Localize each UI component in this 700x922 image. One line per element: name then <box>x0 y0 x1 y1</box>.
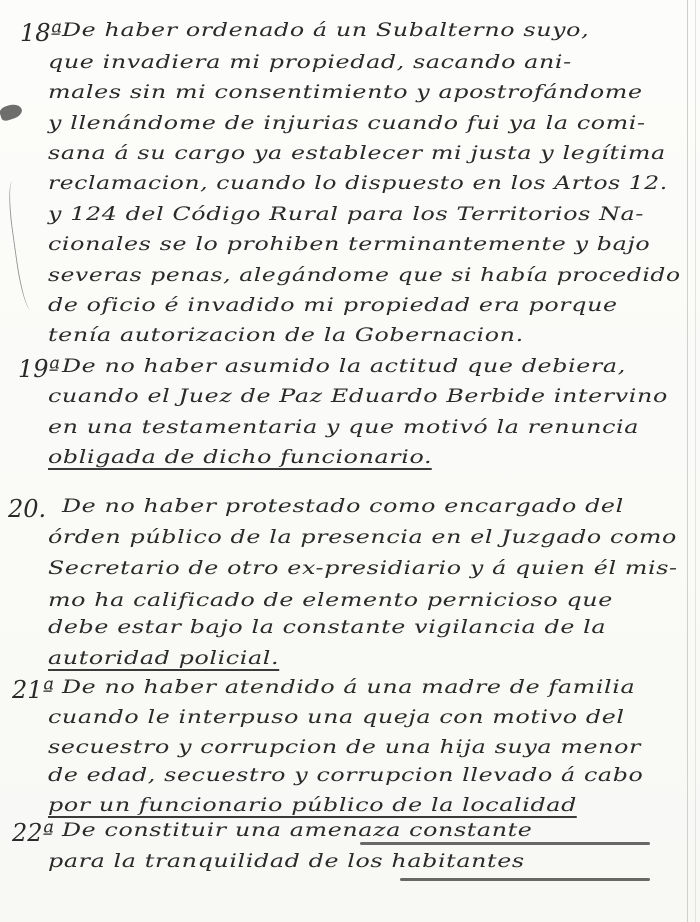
text-line: severas penas, alegándome que si había p… <box>48 264 681 286</box>
margin-bracket-mark <box>5 179 42 310</box>
manuscript-page: .i20 .line, .i20 .num {} // Re-position … <box>0 0 700 922</box>
text-line: para la tranquilidad de los habitantes <box>48 850 525 872</box>
text-line: De no haber asumido la actitud que debie… <box>62 355 626 377</box>
text-line: en una testamentaria y que motivó la ren… <box>48 416 639 438</box>
ink-stroke <box>360 842 650 845</box>
text-line: órden público de la presencia en el Juzg… <box>48 526 677 548</box>
page-edge-line <box>687 0 688 922</box>
text-line: y llenándome de injurias cuando fui ya l… <box>48 112 646 134</box>
item-number: 19ª <box>18 355 60 383</box>
text-line: males sin mi consentimiento y apostrofán… <box>48 81 643 103</box>
text-line: De constituir una amenaza constante <box>62 819 532 841</box>
text-line: tenía autorizacion de la Gobernacion. <box>48 324 524 346</box>
text-line: secuestro y corrupcion de una hija suya … <box>48 736 641 758</box>
ink-stroke <box>400 878 650 881</box>
text-line: obligada de dicho funcionario. <box>48 446 432 470</box>
text-line: por un funcionario público de la localid… <box>48 794 577 818</box>
item-number: 18ª <box>20 19 62 47</box>
text-line: cuando el Juez de Paz Eduardo Berbide in… <box>48 385 668 407</box>
text-line: y 124 del Código Rural para los Territor… <box>48 203 644 225</box>
text-line: Secretario de otro ex-presidiario y á qu… <box>48 557 678 579</box>
page-edge-line <box>695 0 696 922</box>
text-line: De no haber atendido á una madre de fami… <box>62 676 635 698</box>
text-line: debe estar bajo la constante vigilancia … <box>48 616 606 638</box>
text-line: De no haber protestado como encargado de… <box>62 495 624 517</box>
text-line: de oficio é invadido mi propiedad era po… <box>48 294 618 316</box>
item-number: 20. <box>8 495 46 523</box>
text-line: autoridad policial. <box>48 647 279 671</box>
item-number: 22ª <box>12 819 54 847</box>
text-line: de edad, secuestro y corrupcion llevado … <box>48 764 643 786</box>
text-line: cuando le interpuso una queja con motivo… <box>48 706 625 728</box>
text-line: cionales se lo prohiben terminantemente … <box>48 233 650 255</box>
text-line: mo ha calificado de elemento pernicioso … <box>48 589 613 611</box>
text-line: De haber ordenado á un Subalterno suyo, <box>62 19 589 41</box>
text-line: que invadiera mi propiedad, sacando ani- <box>48 51 572 73</box>
ink-blot <box>0 102 24 122</box>
text-line: sana á su cargo ya establecer mi justa y… <box>48 142 666 164</box>
item-number: 21ª <box>12 676 54 704</box>
text-line: reclamacion, cuando lo dispuesto en los … <box>48 172 668 194</box>
